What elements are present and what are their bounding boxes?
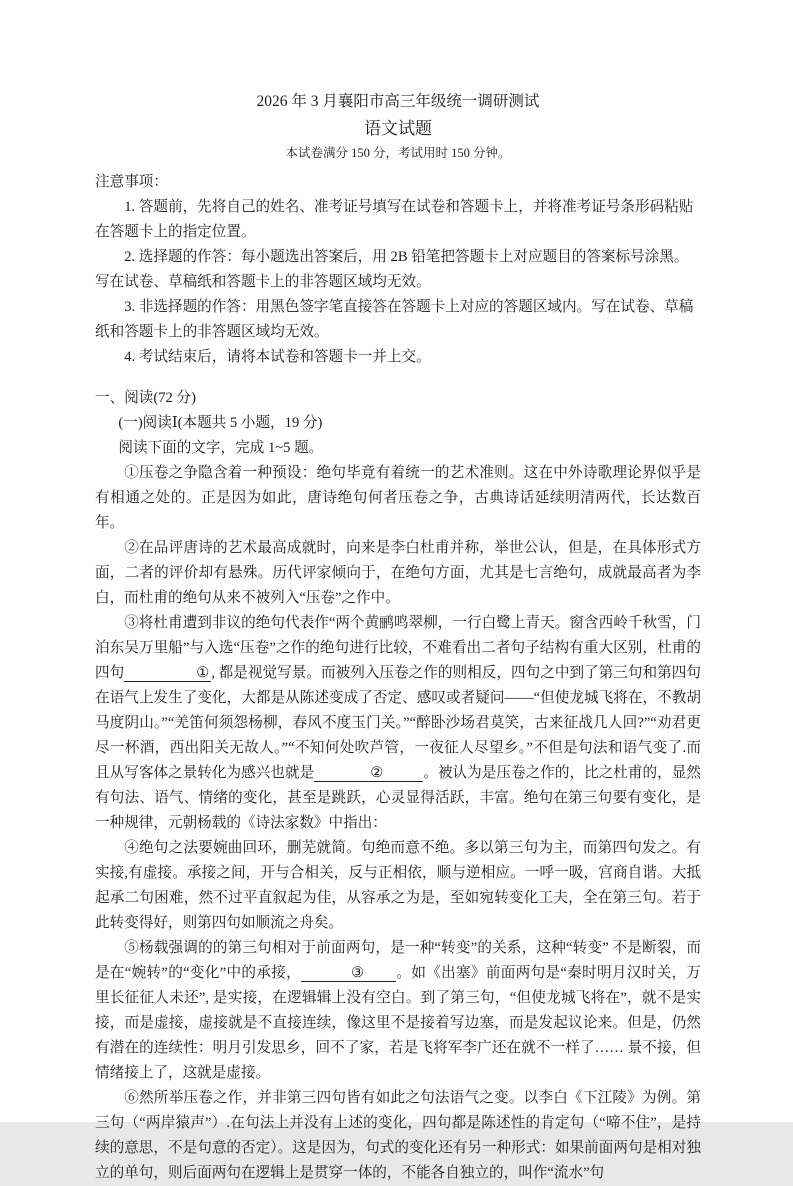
passage-paragraph: ⑥然所举压卷之作，并非第三四句皆有如此之句法语气之变。以李白《下江陵》为例。第三… [95, 1086, 701, 1186]
passage-paragraph: ③将杜甫遭到非议的绝句代表作“两个黄鹂鸣翠柳，一行白鹭上青天。窗含西岭千秋雪，门… [95, 611, 701, 836]
exam-paper-page: 2026 年 3 月襄阳市高三年级统一调研测试 语文试题 本试卷满分 150 分… [0, 0, 793, 1122]
fill-blank: ① [124, 665, 211, 682]
exam-subject-title: 语文试题 [95, 116, 701, 142]
fill-blank: ② [314, 765, 423, 782]
fill-blank: ③ [301, 965, 396, 982]
passage-paragraph: ④绝句之法要婉曲回环，删芜就简。句绝而意不绝。多以第三句为主，而第四句发之。有实… [95, 836, 701, 936]
notice-list: 1. 答题前，先将自己的姓名、准考证号填写在试卷和答题卡上，并将准考证号条形码粘… [95, 195, 701, 370]
passage: ①压卷之争隐含着一种预设：绝句毕竟有着统一的艺术准则。这在中外诗歌理论界似乎是有… [95, 461, 701, 1186]
passage-paragraph: ⑤杨载强调的的第三句相对于前面两句，是一种“转变”的关系，这种“转变” 不是断裂… [95, 936, 701, 1086]
notice-item: 4. 考试结束后，请将本试卷和答题卡一并上交。 [95, 345, 701, 370]
exam-info-line: 本试卷满分 150 分，考试用时 150 分钟。 [95, 142, 701, 164]
notice-heading: 注意事项： [95, 170, 701, 195]
subsection-heading-reading-1: (一)阅读Ⅰ(本题共 5 小题，19 分) [95, 411, 701, 436]
notice-item: 2. 选择题的作答：每小题选出答案后，用 2B 铅笔把答题卡上对应题目的答案标号… [95, 245, 701, 295]
passage-paragraph: ②在品评唐诗的艺术最高成就时，向来是李白杜甫并称，举世公认，但是，在具体形式方面… [95, 536, 701, 611]
notice-item: 1. 答题前，先将自己的姓名、准考证号填写在试卷和答题卡上，并将准考证号条形码粘… [95, 195, 701, 245]
section-heading-reading: 一、阅读(72 分) [95, 386, 701, 411]
passage-paragraph: ①压卷之争隐含着一种预设：绝句毕竟有着统一的艺术准则。这在中外诗歌理论界似乎是有… [95, 461, 701, 536]
exam-title: 2026 年 3 月襄阳市高三年级统一调研测试 [95, 90, 701, 114]
notice-item: 3. 非选择题的作答：用黑色签字笔直接答在答题卡上对应的答题区域内。写在试卷、草… [95, 295, 701, 345]
reading-instruction: 阅读下面的文字，完成 1~5 题。 [95, 436, 701, 461]
